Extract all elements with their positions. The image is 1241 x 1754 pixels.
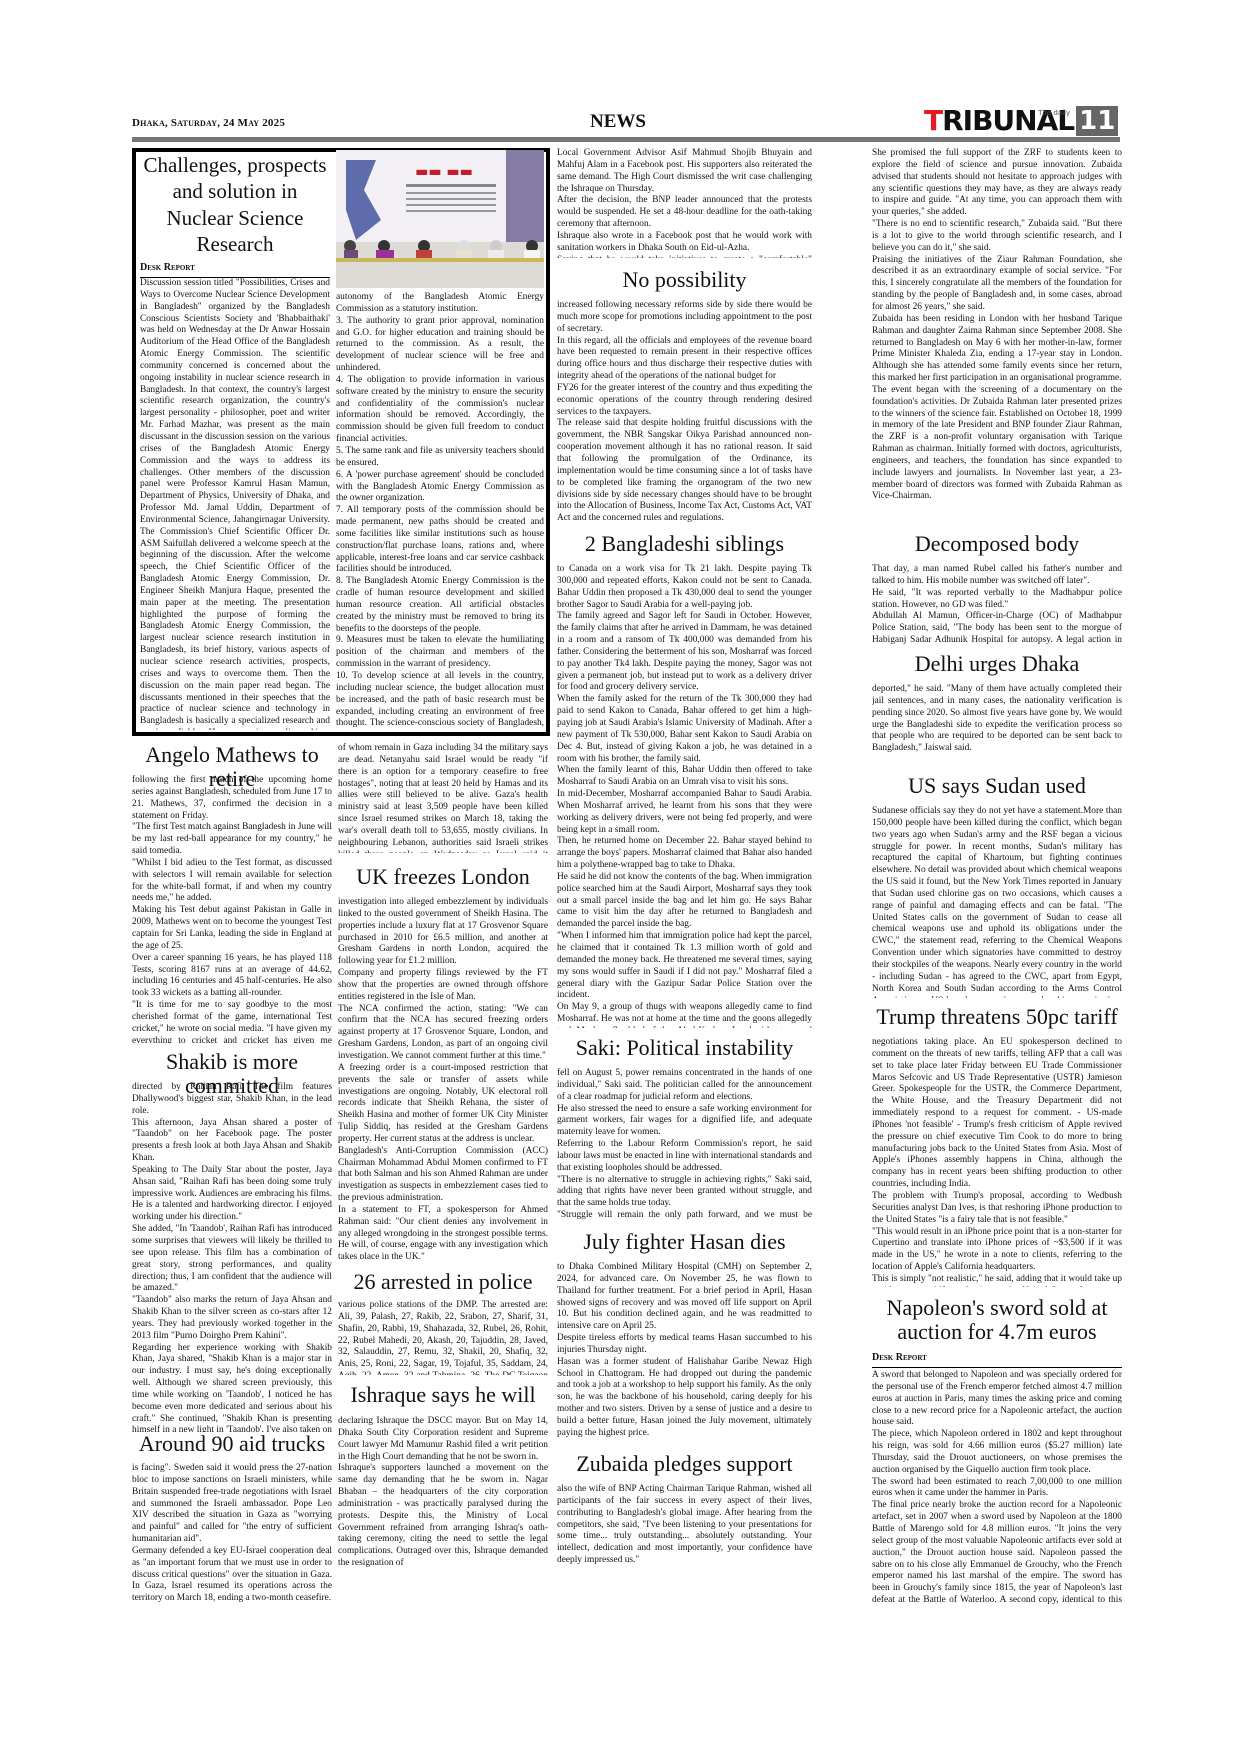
svg-text:▬▬ ▬▬: ▬▬ ▬▬ <box>415 164 473 180</box>
article-body-delhi: deported," he said. "Many of them have a… <box>872 684 1122 768</box>
news-photo: ▬▬ ▬▬ <box>336 150 544 288</box>
headline-saki: Saki: Political instability <box>557 1036 812 1060</box>
headline-ishraque: Ishraque says he will <box>338 1383 548 1407</box>
headline-decomposed: Decomposed body <box>872 532 1122 556</box>
logo-wordmark: TRIBUNALThe daily <box>924 106 1074 136</box>
article-body-ishraque: declaring Ishraque the DSCC mayor. But o… <box>338 1416 548 1606</box>
article-body-zubaida: also the wife of BNP Acting Chairman Tar… <box>557 1484 812 1604</box>
article-body-gaza-cont: of whom remain in Gaza including 34 the … <box>338 743 548 853</box>
page-number: 11 <box>1076 106 1118 136</box>
article-body-zubaida-cont: She promised the full support of the ZRF… <box>872 148 1122 526</box>
headline-aid-trucks: Around 90 aid trucks <box>132 1432 332 1456</box>
headline-nuclear: Challenges, prospects and solution in Nu… <box>140 152 330 257</box>
article-body-saki: fell on August 5, power remains concentr… <box>557 1068 812 1222</box>
headline-napoleon: Napoleon's sword sold at auction for 4.7… <box>872 1296 1122 1344</box>
article-body-uk-freezes: investigation into alleged embezzlement … <box>338 897 548 1259</box>
byline-napoleon: Desk Report <box>872 1352 1122 1368</box>
headline-siblings: 2 Bangladeshi siblings <box>557 532 812 556</box>
article-body-ishraque-cont: Local Government Advisor Asif Mahmud Sho… <box>557 148 812 258</box>
issue-date: Dhaka, Saturday, 24 May 2025 <box>132 117 285 129</box>
article-body-siblings: to Canada on a work visa for Tk 21 lakh.… <box>557 564 812 1028</box>
headline-no-possibility: No possibility <box>557 268 812 292</box>
article-body-decomposed: That day, a man named Rubel called his f… <box>872 564 1122 644</box>
article-body-trump: negotiations taking place. An EU spokesp… <box>872 1037 1122 1287</box>
headline-hasan: July fighter Hasan dies <box>557 1230 812 1254</box>
headline-zubaida: Zubaida pledges support <box>557 1452 812 1476</box>
article-body-mathews: following the first match of the upcomin… <box>132 775 332 1043</box>
headline-delhi: Delhi urges Dhaka <box>872 652 1122 676</box>
conference-photo-icon: ▬▬ ▬▬ <box>336 150 544 288</box>
byline-nuclear: Desk Report <box>140 262 330 278</box>
article-body-arrested: various police stations of the DMP. The … <box>338 1300 548 1375</box>
headline-arrested: 26 arrested in police <box>338 1270 548 1294</box>
article-body-napoleon: A sword that belonged to Napoleon and wa… <box>872 1370 1122 1606</box>
headline-sudan: US says Sudan used <box>872 774 1122 798</box>
article-body-shakib: directed by Raihan Rafi. The film featur… <box>132 1082 332 1432</box>
masthead-rule <box>132 137 1120 142</box>
headline-trump: Trump threatens 50pc tariff <box>872 1005 1122 1029</box>
article-body-hasan: to Dhaka Combined Military Hospital (CMH… <box>557 1262 812 1444</box>
article-body-no-possibility: increased following necessary reforms si… <box>557 300 812 522</box>
article-body-nuclear-col2: autonomy of the Bangladesh Atomic Energy… <box>336 292 544 730</box>
article-body-nuclear-col1: Discussion session titled "Possibilities… <box>140 278 330 730</box>
article-body-aid-trucks: is facing". Sweden said it would press t… <box>132 1463 332 1603</box>
article-body-sudan: Sudanese officials say they do not yet h… <box>872 806 1122 998</box>
section-title: NEWS <box>590 111 646 133</box>
newspaper-logo: TRIBUNALThe daily 11 <box>924 102 1118 136</box>
headline-uk-freezes: UK freezes London <box>338 865 548 889</box>
